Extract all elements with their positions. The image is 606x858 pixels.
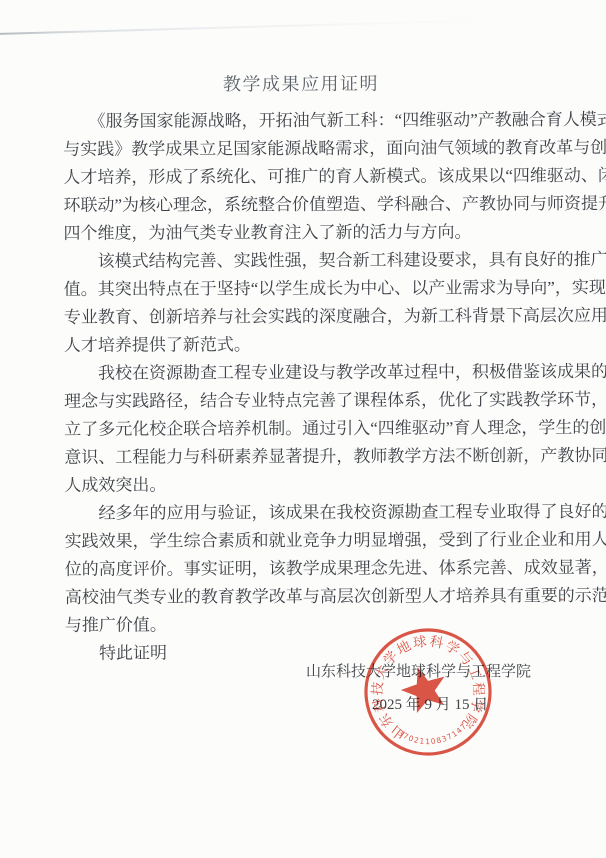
body-line: 理念与实践路径，结合专业特点完善了课程体系，优化了实践教学环节，建 <box>64 386 540 416</box>
document-title: 教学成果应用证明 <box>63 69 539 99</box>
body-line: 值。其突出特点在于坚持“以学生成长为中心、以产业需求为导向”，实现了 <box>64 274 540 304</box>
body-line: 经多年的应用与验证，该成果在我校资源勘查工程专业取得了良好的 <box>64 498 540 528</box>
official-seal: 山东科技大学地球科学与工程学院 3702110837147 <box>352 616 504 768</box>
body-line: 我校在资源勘查工程专业建设与教学改革过程中，积极借鉴该成果的 <box>64 358 540 388</box>
document-body: 教学成果应用证明 《服务国家能源战略，开拓油气新工科：“四维驱动”产教融合育人模… <box>63 69 541 668</box>
body-line: 人成效突出。 <box>64 470 540 500</box>
seal-star-icon <box>396 661 452 716</box>
body-line: 人才培养提供了新范式。 <box>64 330 540 360</box>
body-line: 立了多元化校企联合培养机制。通过引入“四维驱动”育人理念，学生的创新 <box>64 414 540 444</box>
scanned-certificate-page: 教学成果应用证明 《服务国家能源战略，开拓油气新工科：“四维驱动”产教融合育人模… <box>0 0 606 858</box>
body-line: 《服务国家能源战略，开拓油气新工科：“四维驱动”产教融合育人模式 <box>63 106 539 136</box>
body-line: 四个维度，为油气类专业教育注入了新的活力与方向。 <box>63 218 539 248</box>
body-line: 专业教育、创新培养与社会实践的深度融合，为新工科背景下高层次应用型 <box>64 302 540 332</box>
body-line: 意识、工程能力与科研素养显著提升，教师教学方法不断创新，产教协同育 <box>64 442 540 472</box>
body-line: 人才培养，形成了系统化、可推广的育人新模式。该成果以“四维驱动、闭 <box>63 162 539 192</box>
body-line: 高校油气类专业的教育教学改革与高层次创新型人才培养具有重要的示范 <box>65 582 541 612</box>
body-line: 与实践》教学成果立足国家能源战略需求，面向油气领域的教育改革与创新 <box>63 134 539 164</box>
body-line: 实践效果，学生综合素质和就业竞争力明显增强，受到了行业企业和用人单 <box>65 526 541 556</box>
body-line: 该模式结构完善、实践性强，契合新工科建设要求，具有良好的推广价 <box>64 246 540 276</box>
body-line: 位的高度评价。事实证明，该教学成果理念先进、体系完善、成效显著，对 <box>65 554 541 584</box>
body-line: 环联动”为核心理念，系统整合价值塑造、学科融合、产教协同与师资提升 <box>63 190 539 220</box>
fold-crease-line <box>0 19 491 35</box>
